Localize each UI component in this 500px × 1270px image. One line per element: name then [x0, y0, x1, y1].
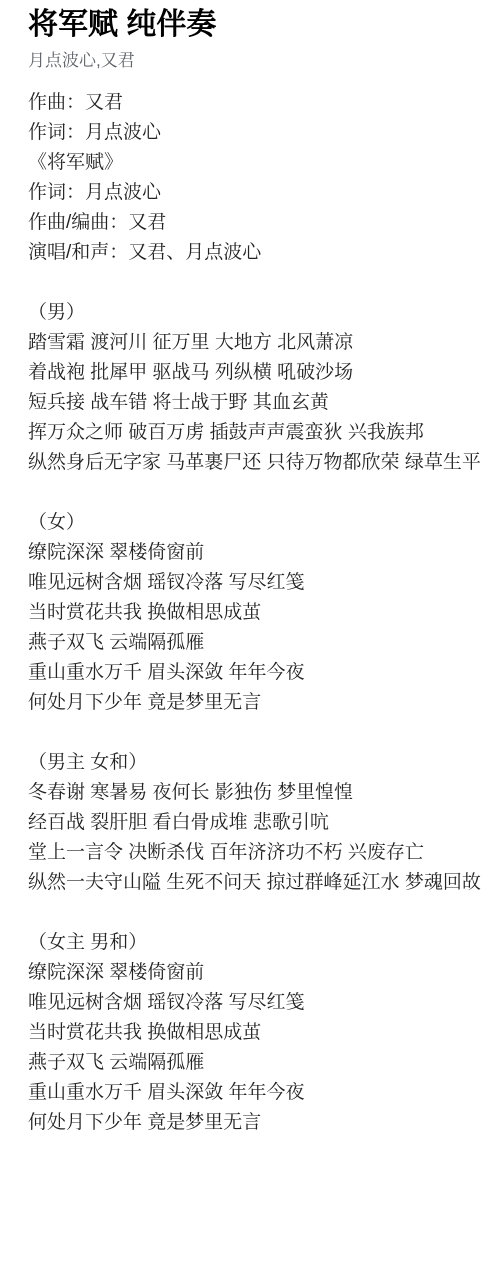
- lyric-line: 缭院深深 翠楼倚窗前: [28, 538, 500, 568]
- lyric-line: 燕子双飞 云端隔孤雁: [28, 1048, 500, 1078]
- lyric-line: 缭院深深 翠楼倚窗前: [28, 958, 500, 988]
- lyric-line: 纵然身后无字家 马革裹尸还 只待万物都欣荣 绿草生平: [28, 448, 500, 478]
- section-header-male: （男）: [28, 298, 500, 328]
- credit-line-lyricist: 作词：月点波心: [28, 118, 500, 148]
- lyrics-page: 将军赋 纯伴奏 月点波心,又君 作曲：又君 作词：月点波心 《将军赋》 作词：月…: [0, 0, 500, 1138]
- credit-line-songname: 《将军赋》: [28, 148, 500, 178]
- section-header-female-lead: （女主 男和）: [28, 928, 500, 958]
- lyric-line: 纵然一夫守山隘 生死不问天 掠过群峰延江水 梦魂回故: [28, 868, 500, 898]
- lyric-line: 重山重水万千 眉头深敛 年年今夜: [28, 1078, 500, 1108]
- lyric-line: 何处月下少年 竟是梦里无言: [28, 688, 500, 718]
- lyric-line: 短兵接 战车错 将士战于野 其血玄黄: [28, 388, 500, 418]
- credit-line-composer: 作曲：又君: [28, 88, 500, 118]
- lyric-line: 堂上一言令 决断杀伐 百年济济功不朽 兴废存亡: [28, 838, 500, 868]
- blank-line: [28, 718, 500, 748]
- lyric-line: 踏雪霜 渡河川 征万里 大地方 北风萧凉: [28, 328, 500, 358]
- lyrics-body: 作曲：又君 作词：月点波心 《将军赋》 作词：月点波心 作曲/编曲：又君 演唱/…: [28, 88, 500, 1138]
- lyric-line: 挥万众之师 破百万虏 插鼓声声震蛮狄 兴我族邦: [28, 418, 500, 448]
- song-title: 将军赋 纯伴奏: [28, 8, 500, 42]
- lyric-line: 唯见远树含烟 瑶钗冷落 写尽红笺: [28, 568, 500, 598]
- section-header-male-lead: （男主 女和）: [28, 748, 500, 778]
- artist-subtitle: 月点波心,又君: [28, 50, 500, 72]
- lyric-line: 何处月下少年 竟是梦里无言: [28, 1108, 500, 1138]
- credit-line-lyricist-2: 作词：月点波心: [28, 178, 500, 208]
- blank-line: [28, 478, 500, 508]
- lyric-line: 燕子双飞 云端隔孤雁: [28, 628, 500, 658]
- lyric-line: 经百战 裂肝胆 看白骨成堆 悲歌引吭: [28, 808, 500, 838]
- lyric-line: 重山重水万千 眉头深敛 年年今夜: [28, 658, 500, 688]
- blank-line: [28, 268, 500, 298]
- credit-line-vocals: 演唱/和声：又君、月点波心: [28, 238, 500, 268]
- lyric-line: 当时赏花共我 换做相思成茧: [28, 1018, 500, 1048]
- lyric-line: 着战袍 批犀甲 驱战马 列纵横 吼破沙场: [28, 358, 500, 388]
- lyric-line: 冬春谢 寒暑易 夜何长 影独伤 梦里惶惶: [28, 778, 500, 808]
- section-header-female: （女）: [28, 508, 500, 538]
- lyric-line: 当时赏花共我 换做相思成茧: [28, 598, 500, 628]
- credit-line-arranger: 作曲/编曲：又君: [28, 208, 500, 238]
- blank-line: [28, 898, 500, 928]
- lyric-line: 唯见远树含烟 瑶钗冷落 写尽红笺: [28, 988, 500, 1018]
